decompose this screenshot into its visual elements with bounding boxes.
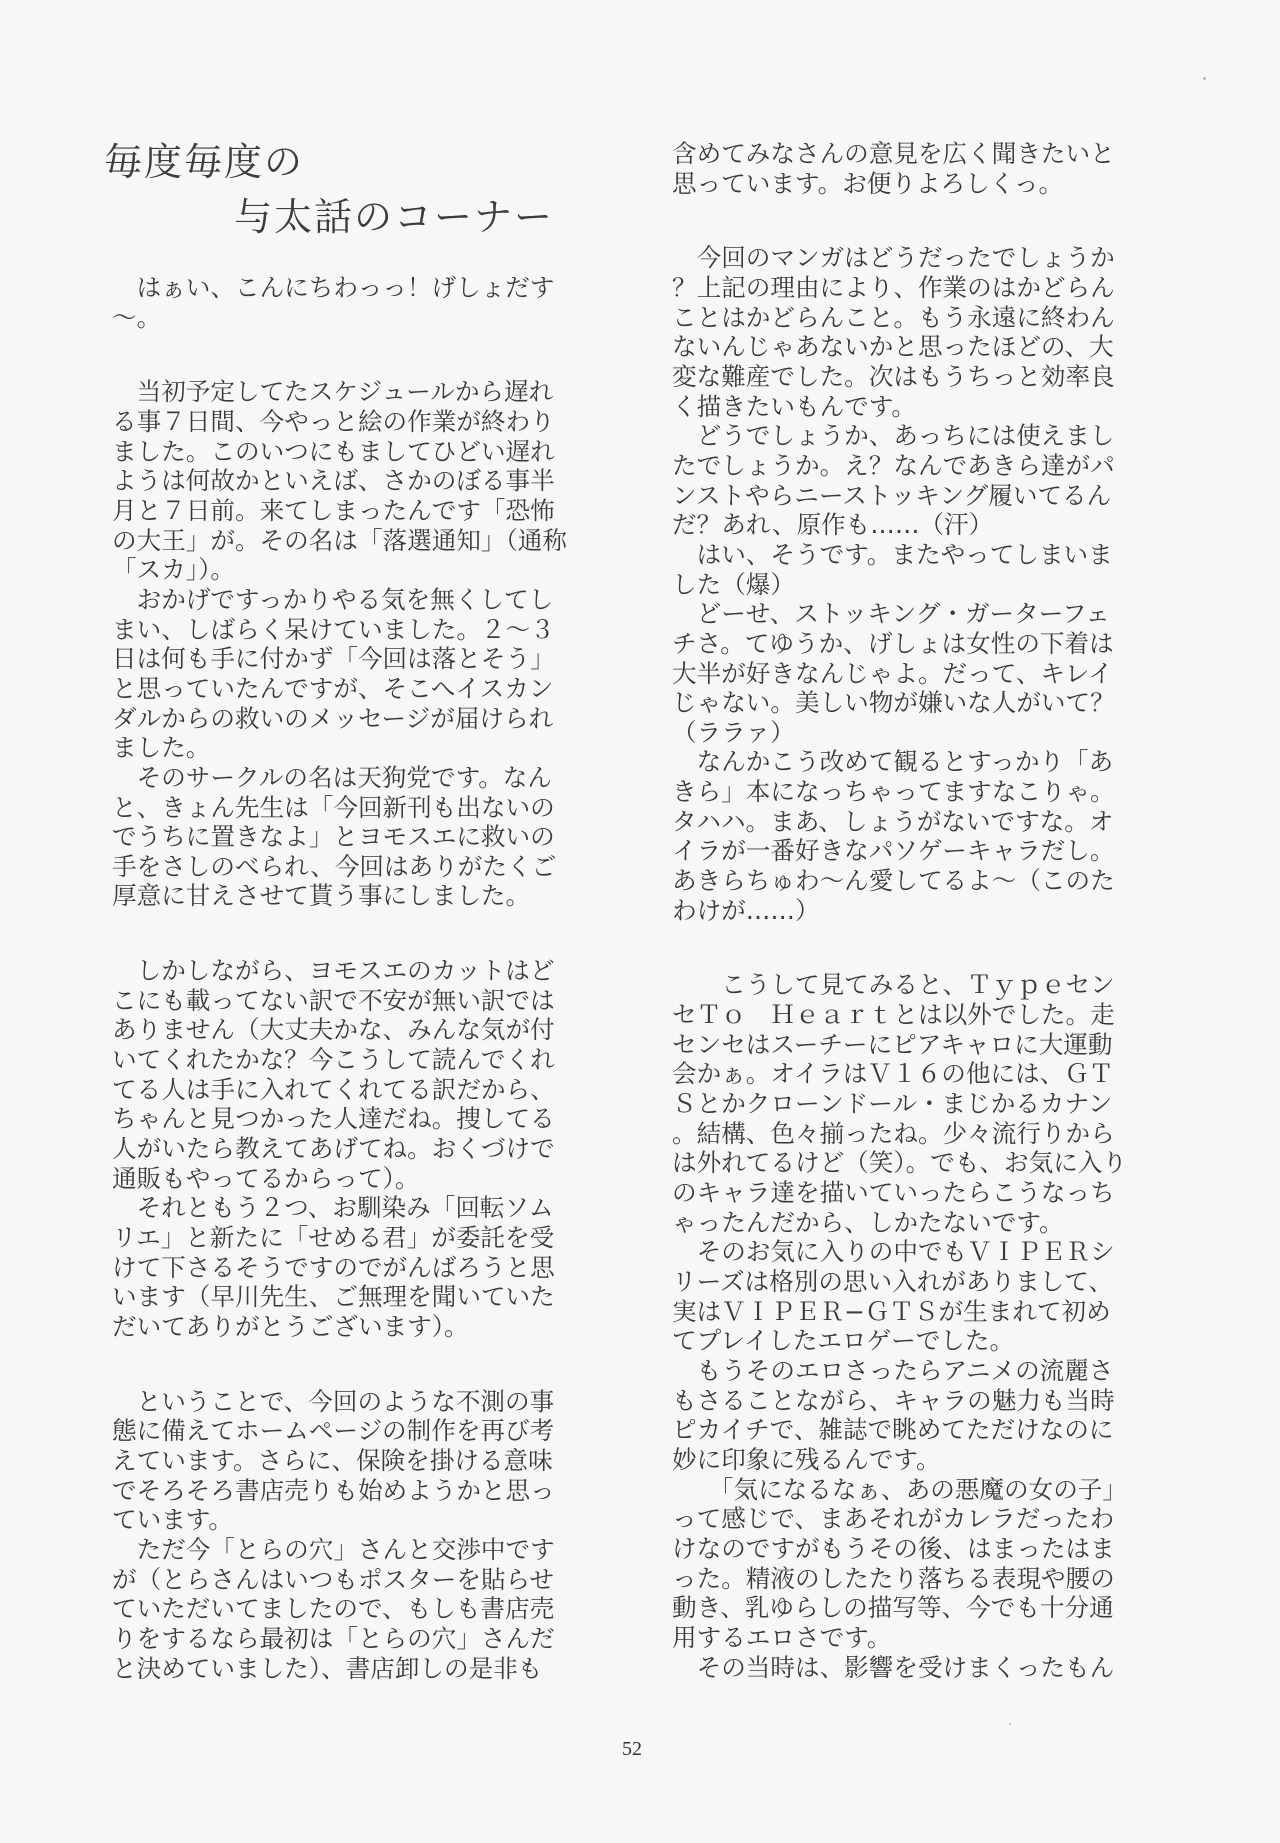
paragraph-favorite-characters: こうして見てみると、ＴｙｐｅセンセＴｏ Ｈｅａｒｔとは以外でした。走センセはスー…	[672, 970, 1132, 1237]
paragraph-gap	[112, 911, 572, 956]
left-text-column: はぁい、こんにちわっっ！げしょだす〜。 当初予定してたスケジュールから遅れる事７…	[112, 273, 572, 1683]
paragraph-no-cut: しかしながら、ヨモスエのカットはどこにも載ってない訳で不安が無い訳ではありません…	[112, 956, 572, 1193]
paragraph-schedule-delay: 当初予定してたスケジュールから遅れる事７日間、今やっと絵の作業が終わりました。こ…	[112, 377, 572, 585]
paragraph-stockings: どうでしょうか、あっちには使えましたでしょうか。え？なんであきら達がパンストやら…	[672, 421, 1132, 540]
paragraph-manga-review: 今回のマンガはどうだったでしょうか？上記の理由により、作業のはかどらんことはかど…	[672, 243, 1132, 421]
corner-title-line-1: 毎度毎度の	[104, 143, 304, 181]
paragraph-gap	[672, 198, 1132, 243]
paragraph-toranoana: ただ今「とらの穴」さんと交渉中ですが（とらさんはいつもポスターを貼らせていただい…	[112, 1535, 572, 1683]
document-page: 毎度毎度の 与太話のコーナー はぁい、こんにちわっっ！げしょだす〜。 当初予定し…	[0, 0, 1280, 1843]
paragraph-homepage: ということで、今回のような不測の事態に備えてホームページの制作を再び考えています…	[112, 1387, 572, 1535]
paragraph-devil-girl: 「気になるなぁ、あの悪魔の女の子」って感じで、まあそれがカレラだったわけなのです…	[672, 1475, 1132, 1653]
paragraph-opinions: 含めてみなさんの意見を広く聞きたいと思っています。お便りよろしくっ。	[672, 139, 1132, 198]
paragraph-akira-book: なんかこう改めて観るとすっかり「あきら」本になっちゃってますなこりゃ。タハハ。ま…	[672, 747, 1132, 925]
paragraph-did-it-again: はい、そうです。またやってしまいました（爆）	[672, 540, 1132, 599]
scan-speck	[1009, 1723, 1011, 1725]
corner-title-line-2: 与太話のコーナー	[234, 198, 554, 236]
paragraph-garter-fetish: どーせ、ストッキング・ガーターフェチさ。てゆうか、げしょは女性の下着は大半が好き…	[672, 599, 1132, 747]
paragraph-consignment: それともう２つ、お馴染み「回転ソムリエ」と新たに「せめる君」が委託を受けて下さる…	[112, 1193, 572, 1341]
paragraph-viper-series: そのお気に入りの中でもＶＩＰＥＲシリーズは格別の思い入れがありまして、実はＶＩＰ…	[672, 1237, 1132, 1356]
paragraph-anime-quality: もうそのエロさったらアニメの流麗さもさることながら、キャラの魅力も当時ピカイチで…	[672, 1356, 1132, 1475]
paragraph-gap	[112, 1342, 572, 1387]
paragraph-greeting: はぁい、こんにちわっっ！げしょだす〜。	[112, 273, 572, 332]
page-number: 52	[622, 1738, 642, 1761]
paragraph-circle-help: そのサークルの名は天狗党です。なんと、きょん先生は「今回新刊も出ないのでうちに置…	[112, 763, 572, 911]
scan-speck	[1203, 77, 1206, 80]
right-text-column: 含めてみなさんの意見を広く聞きたいと思っています。お便りよろしくっ。 今回のマン…	[672, 139, 1132, 1682]
paragraph-influence: その当時は、影響を受けまくったもん	[672, 1653, 1132, 1683]
paragraph-gap	[672, 925, 1132, 970]
paragraph-lost-motivation: おかげですっかりやる気を無くしてしまい、しばらく呆けていました。２〜３日は何も手…	[112, 585, 572, 763]
paragraph-gap	[112, 332, 572, 377]
